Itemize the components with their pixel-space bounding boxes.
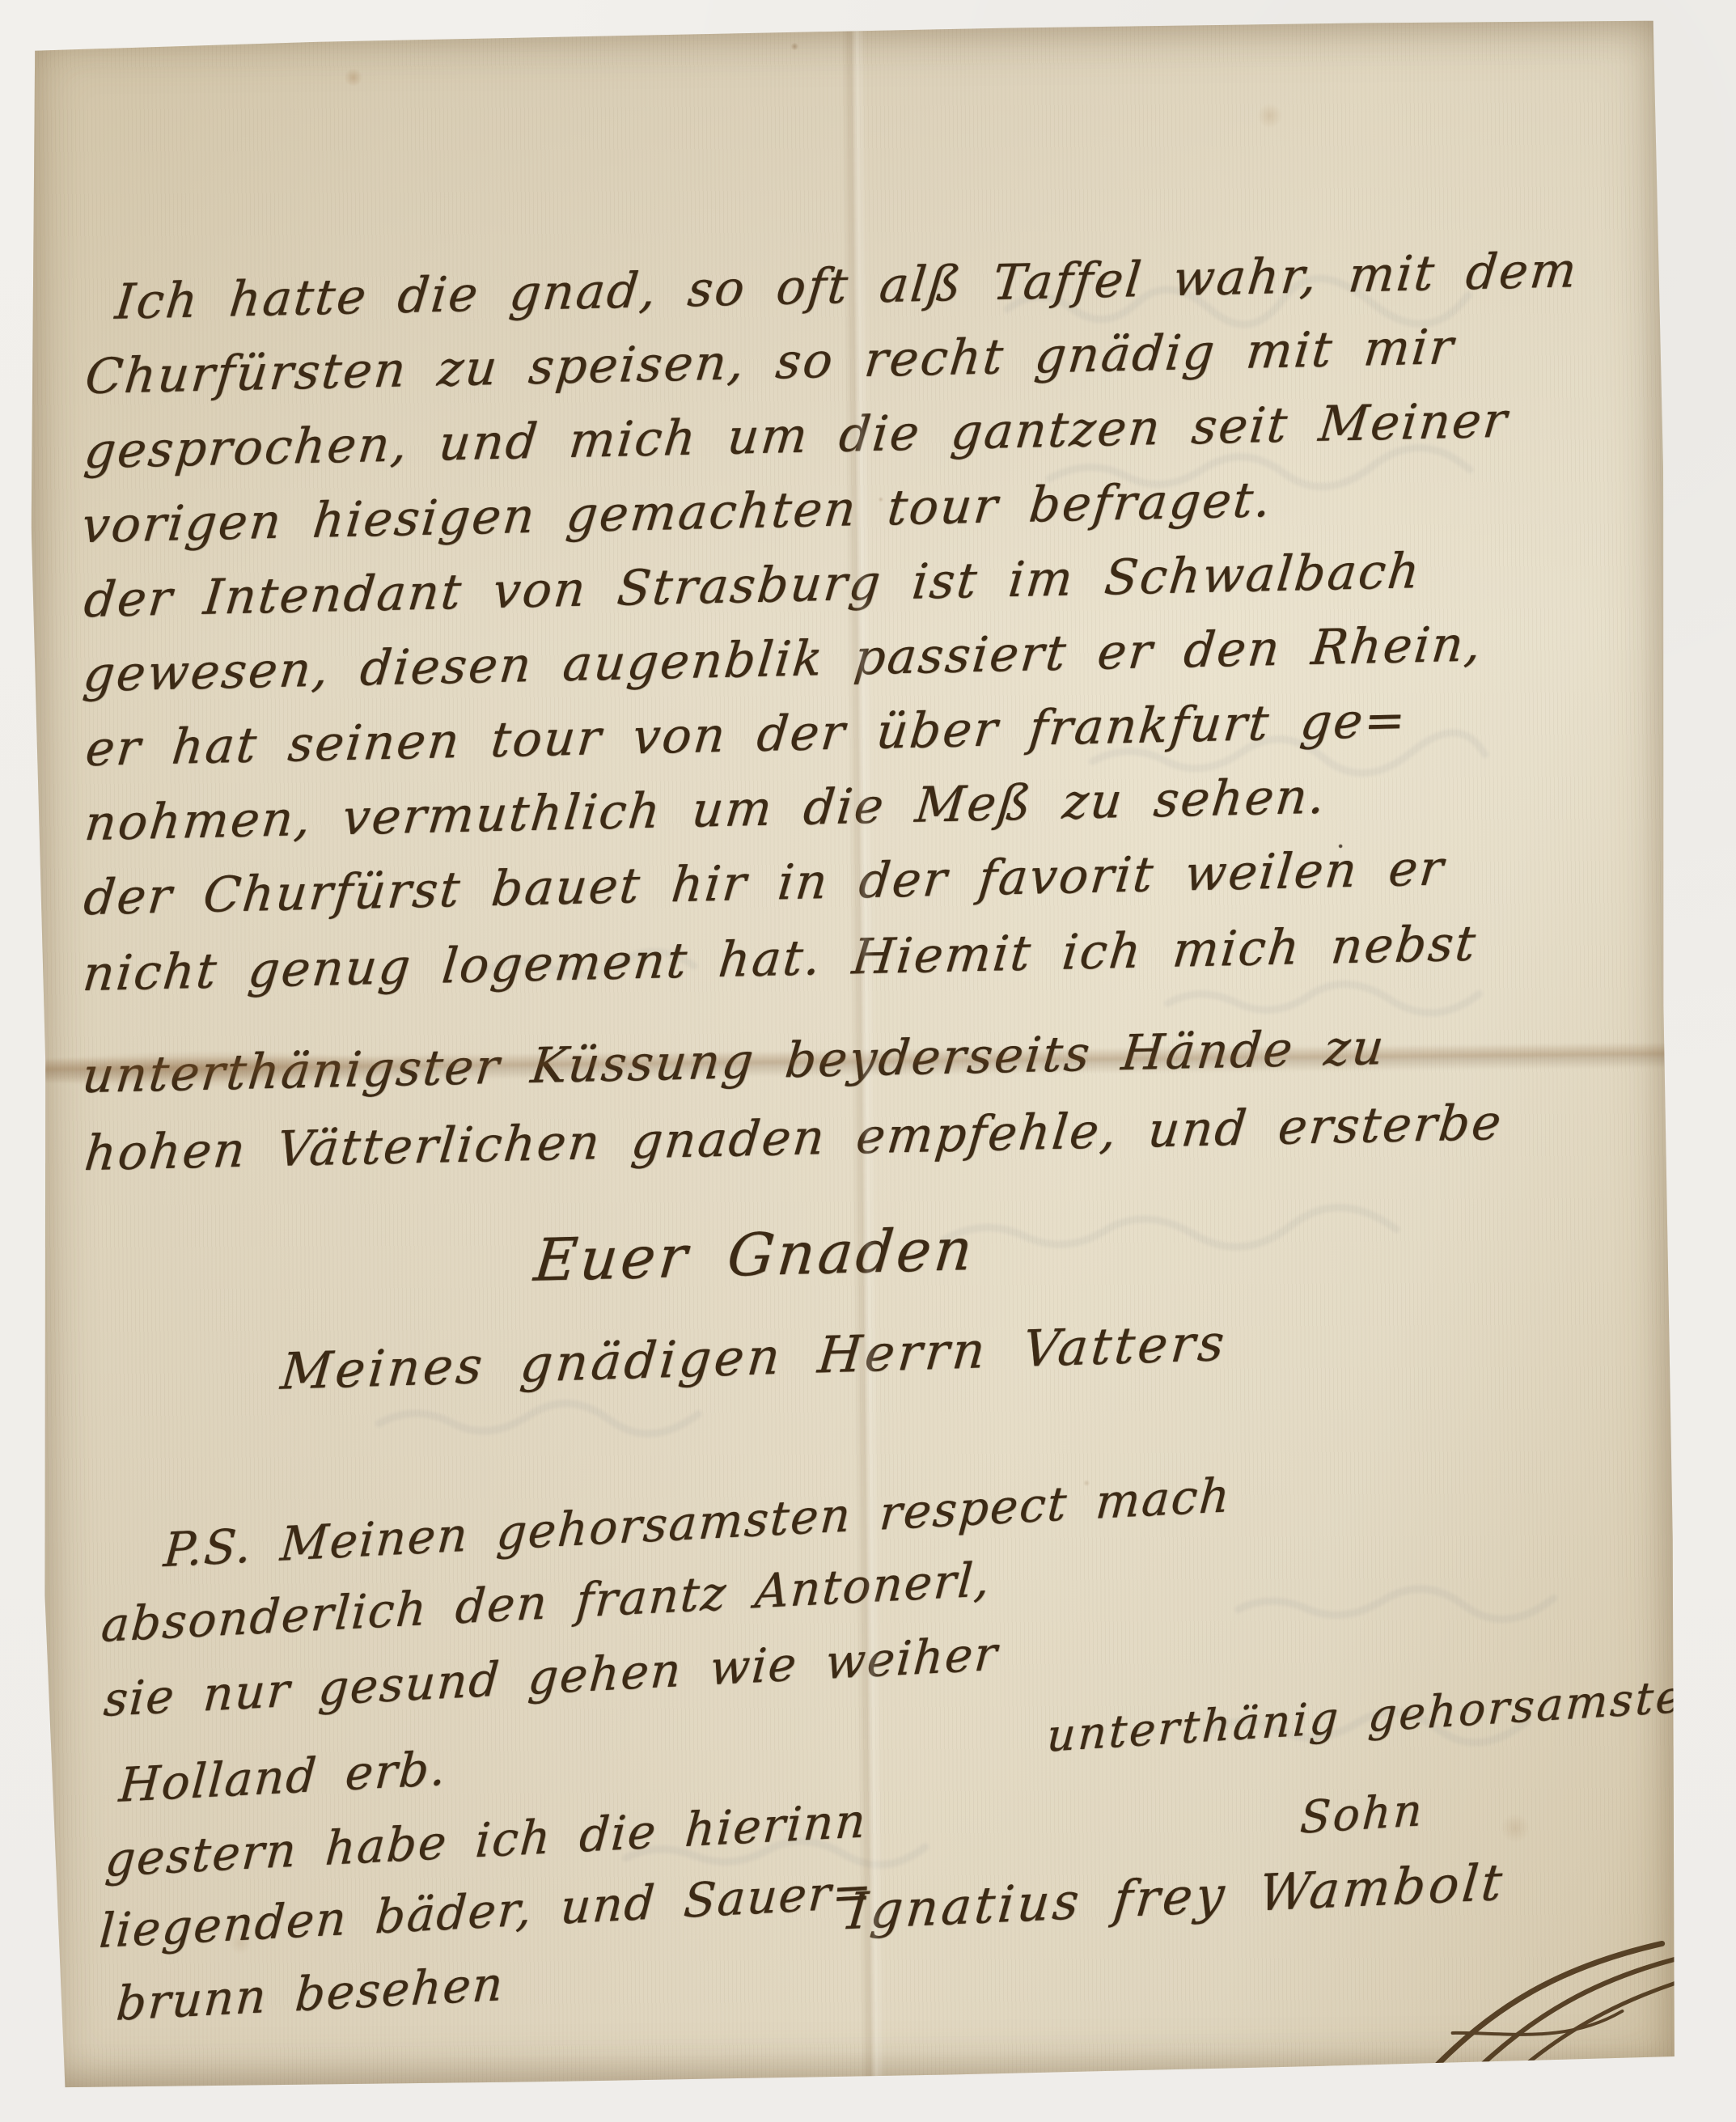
closing-line: Sohn bbox=[1298, 1784, 1425, 1844]
letter-line: unterthänigster Küssung beyderseits Händ… bbox=[80, 1019, 1389, 1104]
signature: Ignatius frey Wambolt bbox=[845, 1853, 1508, 1942]
letter-line: Churfürsten zu speisen, so recht gnädig … bbox=[83, 319, 1458, 405]
letter-paper: Ich hatte die gnad, so oft alß Taffel wa… bbox=[26, 19, 1681, 2088]
letter-line: nohmen, vermuthlich um die Meß zu sehen. bbox=[83, 768, 1330, 852]
addressee-line: Meines gnädigen Herrn Vatters bbox=[278, 1313, 1230, 1401]
closing-line: unterthänig gehorsamster bbox=[1045, 1669, 1709, 1762]
letter-line: gesprochen, und mich um die gantzen seit… bbox=[82, 392, 1511, 481]
letter-line: der Churfürst bauet hir in der favorit w… bbox=[81, 840, 1447, 926]
letter-line: vorigen hiesigen gemachten tour befraget… bbox=[79, 472, 1275, 554]
postscript-line: P.S. Meinen gehorsamsten respect mach bbox=[162, 1468, 1233, 1578]
valediction-line: Euer Gnaden bbox=[531, 1215, 979, 1294]
scanned-letter-page: Ich hatte die gnad, so oft alß Taffel wa… bbox=[0, 0, 1736, 2122]
postscript-line: brunn besehen bbox=[115, 1956, 506, 2031]
letter-line: nicht genug logement hat. Hiemit ich mic… bbox=[80, 915, 1480, 1002]
signature-flourish bbox=[1419, 1934, 1704, 2073]
letter-line: Ich hatte die gnad, so oft alß Taffel wa… bbox=[112, 242, 1581, 331]
postscript-line: Holland erb. bbox=[117, 1741, 449, 1813]
letter-line: hohen Vätterlichen gnaden empfehle, und … bbox=[82, 1095, 1505, 1182]
letter-line: der Intendant von Strasburg ist im Schwa… bbox=[82, 543, 1424, 629]
letter-line: er hat seinen tour von der über frankfur… bbox=[83, 692, 1410, 777]
letter-line: gewesen, diesen augenblik passiert er de… bbox=[81, 616, 1485, 703]
